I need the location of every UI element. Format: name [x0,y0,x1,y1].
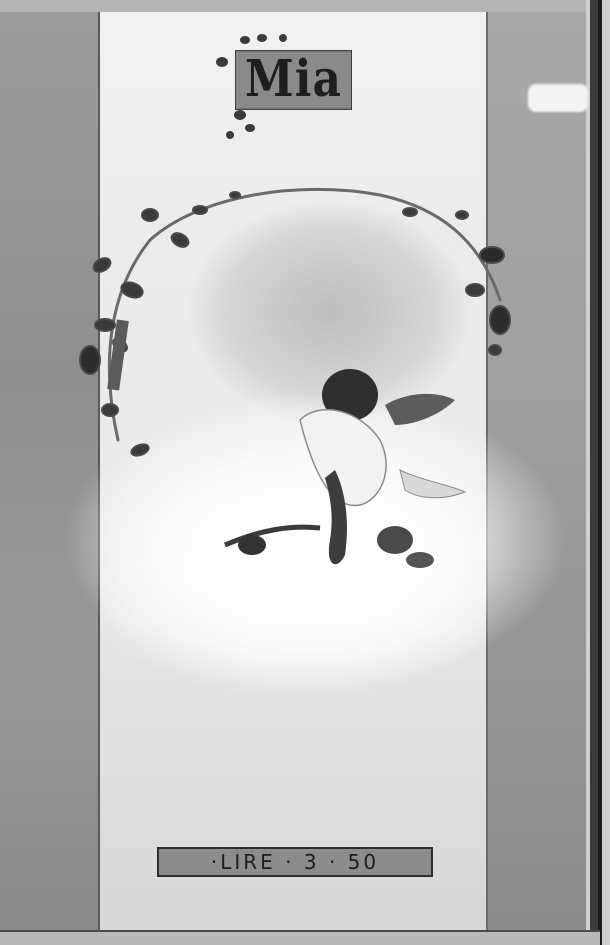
left-border-panel [0,12,100,930]
book-title: Mia [245,55,342,106]
worn-label-patch [528,84,588,112]
price-label: ·LIRE · 3 · 50 [157,847,433,877]
center-illustration-panel [100,12,486,930]
price-text: ·LIRE · 3 · 50 [211,850,379,874]
spine-edge [586,0,610,945]
title-plate: Mia [235,50,352,110]
bottom-strip [0,930,600,945]
right-border-panel [486,12,588,930]
book-cover: Mia ·LIRE · 3 · 50 [0,0,610,945]
